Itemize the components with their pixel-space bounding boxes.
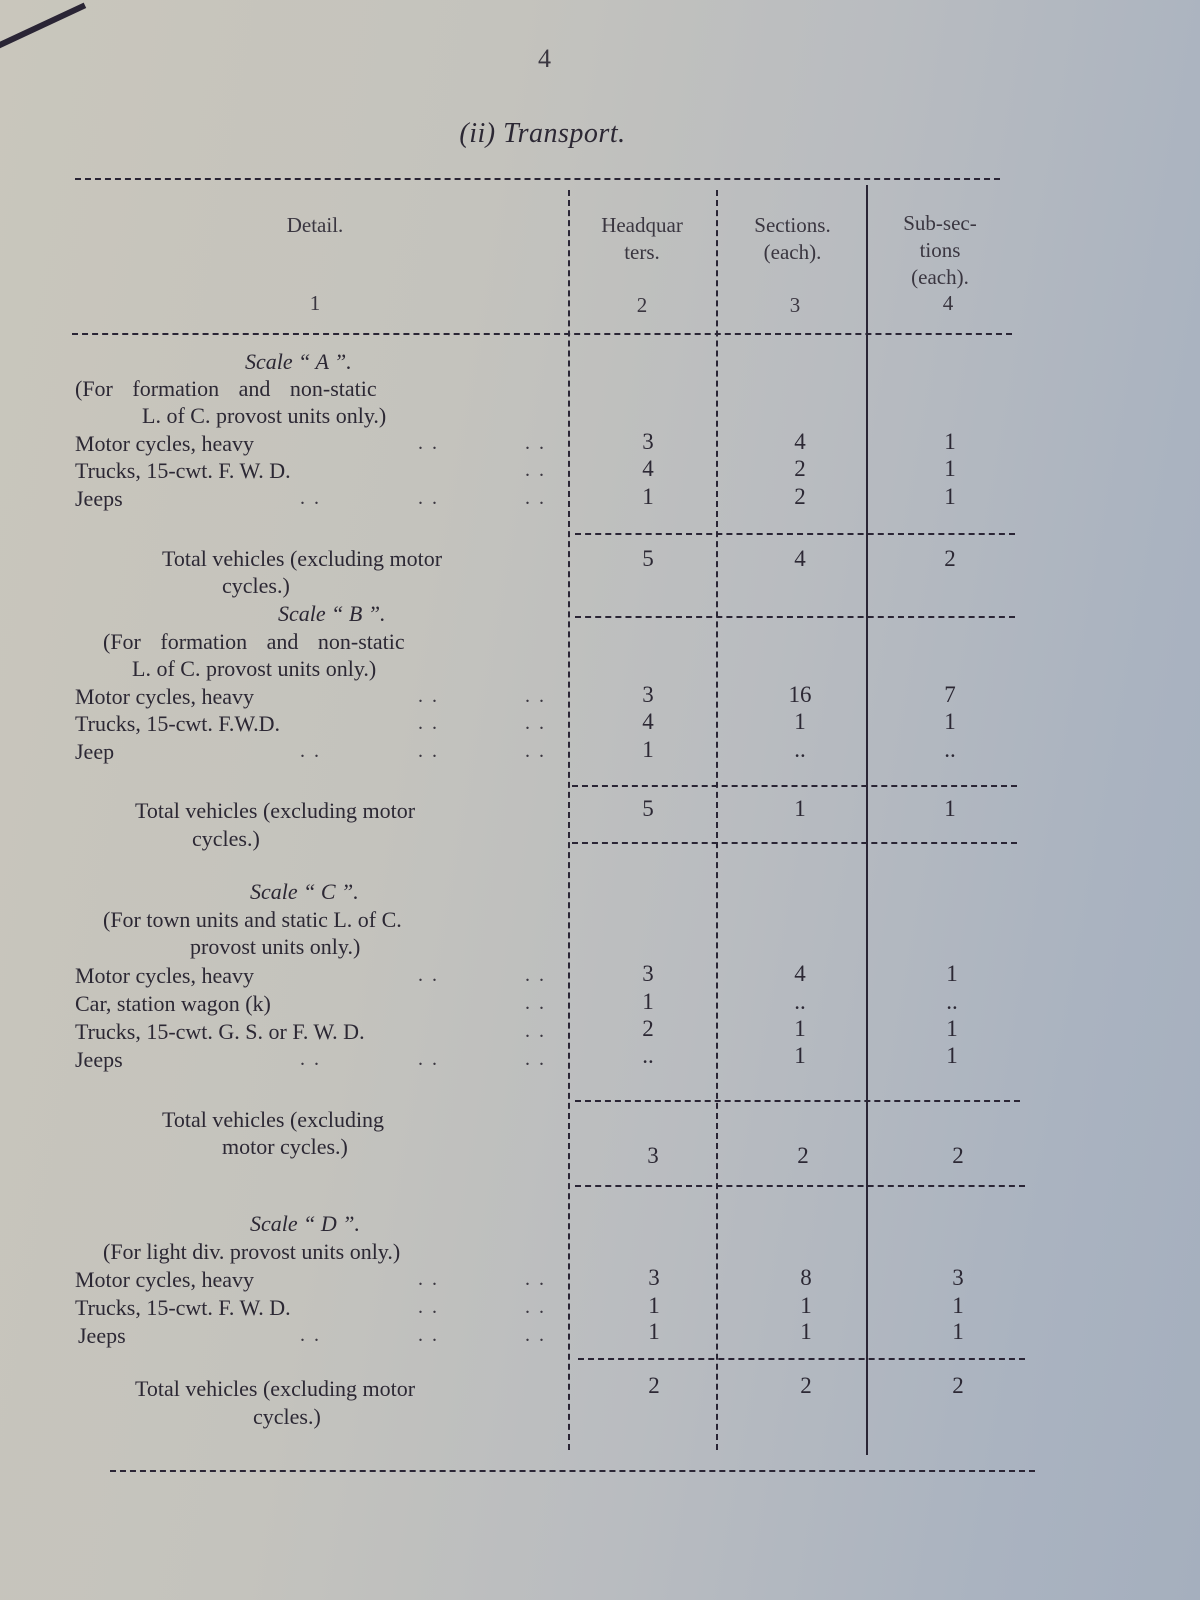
- scale-b-top-rule: [575, 616, 1015, 618]
- leader-dots: . .: [525, 738, 546, 765]
- scale-b-row-detail: Motor cycles, heavy: [75, 683, 254, 710]
- leader-dots: . .: [525, 1046, 546, 1073]
- scale-c-row-detail: Jeeps: [75, 1046, 123, 1073]
- page-number: 4: [538, 44, 551, 74]
- leader-dots: . .: [418, 485, 439, 512]
- leader-dots: . .: [525, 710, 546, 737]
- scale-b-title: Scale “ B ”.: [278, 600, 386, 627]
- leader-dots: . .: [525, 485, 546, 512]
- scale-c-note-line-2: provost units only.): [190, 933, 360, 960]
- column-divider-3: [866, 185, 868, 1455]
- scale-a-total-cell: 4: [780, 545, 820, 572]
- column-header-subsections: Sub-sec- tions (each).: [870, 210, 1010, 291]
- leader-dots: . .: [525, 962, 546, 989]
- scale-b-total-rule: [572, 785, 1017, 787]
- scale-d-title: Scale “ D ”.: [250, 1210, 360, 1237]
- scale-b-bottom-rule: [572, 842, 1017, 844]
- page-corner-shadow: [0, 0, 86, 59]
- scale-c-bottom-rule: [575, 1185, 1025, 1187]
- scale-d-total-label-2: cycles.): [253, 1403, 321, 1430]
- leader-dots: . .: [418, 1046, 439, 1073]
- scale-a-cell: 4: [628, 455, 668, 482]
- leader-dots: . .: [525, 1322, 546, 1349]
- scale-b-cell: 3: [628, 681, 668, 708]
- scale-c-row-detail: Trucks, 15-cwt. G. S. or F. W. D.: [75, 1018, 365, 1045]
- scale-b-cell: ..: [780, 736, 820, 763]
- scale-a-row-detail: Trucks, 15-cwt. F. W. D.: [75, 457, 291, 484]
- scale-c-cell: 4: [780, 960, 820, 987]
- scale-c-total-label-1: Total vehicles (excluding: [162, 1106, 384, 1133]
- scale-b-cell: ..: [930, 736, 970, 763]
- leader-dots: . .: [525, 1018, 546, 1045]
- leader-dots: . .: [300, 485, 321, 512]
- scale-a-total-label-1: Total vehicles (excluding motor: [162, 545, 442, 572]
- scale-a-cell: 2: [780, 483, 820, 510]
- table-top-rule: [75, 178, 1000, 180]
- scale-c-cell: 2: [628, 1015, 668, 1042]
- leader-dots: . .: [525, 683, 546, 710]
- scale-c-note-line-1: (For town units and static L. of C.: [103, 906, 402, 933]
- scale-c-title: Scale “ C ”.: [250, 878, 359, 905]
- leader-dots: . .: [418, 1322, 439, 1349]
- scale-d-total-cell: 2: [938, 1372, 978, 1399]
- scale-d-cell: 3: [938, 1264, 978, 1291]
- scale-a-note-line-2: L. of C. provost units only.): [142, 402, 386, 429]
- scale-b-cell: 4: [628, 708, 668, 735]
- scale-c-cell: ..: [628, 1042, 668, 1069]
- scale-d-row-detail: Motor cycles, heavy: [75, 1266, 254, 1293]
- scale-a-cell: 2: [780, 455, 820, 482]
- scale-d-cell: 1: [634, 1318, 674, 1345]
- leader-dots: . .: [525, 430, 546, 457]
- leader-dots: . .: [418, 1266, 439, 1293]
- scale-a-cell: 1: [628, 483, 668, 510]
- scale-a-total-cell: 5: [628, 545, 668, 572]
- scale-d-cell: 1: [938, 1292, 978, 1319]
- column-header-sections: Sections. (each).: [720, 212, 865, 266]
- scale-d-cell: 1: [634, 1292, 674, 1319]
- leader-dots: . .: [300, 1046, 321, 1073]
- scale-d-row-detail: Trucks, 15-cwt. F. W. D.: [75, 1294, 291, 1321]
- leader-dots: . .: [418, 430, 439, 457]
- leader-dots: . .: [525, 457, 546, 484]
- column-header-detail: Detail.: [200, 212, 430, 239]
- scale-d-row-detail: Jeeps: [78, 1322, 126, 1349]
- scale-b-cell: 1: [930, 708, 970, 735]
- scale-b-note-line-2: L. of C. provost units only.): [132, 655, 376, 682]
- scale-b-total-cell: 1: [930, 795, 970, 822]
- scale-a-cell: 3: [628, 428, 668, 455]
- scale-c-cell: 1: [932, 960, 972, 987]
- scale-b-cell: 7: [930, 681, 970, 708]
- scale-c-cell: 1: [780, 1042, 820, 1069]
- scale-c-cell: 3: [628, 960, 668, 987]
- scale-d-cell: 8: [786, 1264, 826, 1291]
- scale-c-cell: ..: [780, 988, 820, 1015]
- scale-a-cell: 1: [930, 483, 970, 510]
- leader-dots: . .: [418, 1294, 439, 1321]
- scale-b-note-line-1: (For formation and non-static: [103, 628, 405, 655]
- leader-dots: . .: [525, 1266, 546, 1293]
- leader-dots: . .: [418, 683, 439, 710]
- scale-c-total-cell: 2: [783, 1142, 823, 1169]
- scale-b-total-label-1: Total vehicles (excluding motor: [135, 797, 415, 824]
- scale-a-note-line-1: (For formation and non-static: [75, 375, 377, 402]
- scale-c-total-rule: [575, 1100, 1020, 1102]
- scale-a-title: Scale “ A ”.: [245, 348, 352, 375]
- scale-c-row-detail: Motor cycles, heavy: [75, 962, 254, 989]
- scale-c-total-cell: 2: [938, 1142, 978, 1169]
- scale-d-total-cell: 2: [634, 1372, 674, 1399]
- column-divider-2: [716, 190, 718, 1450]
- scale-d-cell: 1: [938, 1318, 978, 1345]
- column-number-1: 1: [285, 290, 345, 317]
- leader-dots: . .: [300, 1322, 321, 1349]
- scale-d-total-cell: 2: [786, 1372, 826, 1399]
- leader-dots: . .: [525, 990, 546, 1017]
- leader-dots: . .: [418, 738, 439, 765]
- scale-d-total-label-1: Total vehicles (excluding motor: [135, 1375, 415, 1402]
- column-number-4: 4: [918, 290, 978, 317]
- leader-dots: . .: [300, 738, 321, 765]
- leader-dots: . .: [525, 1294, 546, 1321]
- scale-c-row-detail: Car, station wagon (k): [75, 990, 271, 1017]
- scale-c-cell: 1: [932, 1042, 972, 1069]
- scale-b-total-cell: 1: [780, 795, 820, 822]
- scale-b-cell: 16: [780, 681, 820, 708]
- scale-d-cell: 1: [786, 1292, 826, 1319]
- scale-d-total-rule: [578, 1358, 1025, 1360]
- scale-c-cell: ..: [932, 988, 972, 1015]
- scale-a-total-cell: 2: [930, 545, 970, 572]
- scale-c-total-cell: 3: [633, 1142, 673, 1169]
- leader-dots: . .: [418, 710, 439, 737]
- leader-dots: . .: [418, 962, 439, 989]
- scale-c-cell: 1: [932, 1015, 972, 1042]
- column-number-3: 3: [765, 292, 825, 319]
- table-bottom-rule: [110, 1470, 1035, 1472]
- scale-a-total-rule: [575, 533, 1015, 535]
- column-divider-1: [568, 190, 570, 1450]
- scale-b-row-detail: Jeep: [75, 738, 114, 765]
- scale-b-total-label-2: cycles.): [192, 825, 260, 852]
- scale-a-row-detail: Motor cycles, heavy: [75, 430, 254, 457]
- scale-b-cell: 1: [628, 736, 668, 763]
- column-number-2: 2: [612, 292, 672, 319]
- scale-a-cell: 4: [780, 428, 820, 455]
- scale-c-total-label-2: motor cycles.): [222, 1133, 348, 1160]
- scale-c-cell: 1: [628, 988, 668, 1015]
- header-bottom-rule: [72, 333, 1012, 335]
- scale-b-cell: 1: [780, 708, 820, 735]
- scale-b-row-detail: Trucks, 15-cwt. F.W.D.: [75, 710, 280, 737]
- scale-a-total-label-2: cycles.): [222, 572, 290, 599]
- scale-a-cell: 1: [930, 428, 970, 455]
- scale-d-note-line-1: (For light div. provost units only.): [103, 1238, 400, 1265]
- section-title: (ii) Transport.: [0, 118, 1085, 150]
- scale-d-cell: 1: [786, 1318, 826, 1345]
- column-header-headquarters: Headquar ters.: [572, 212, 712, 266]
- scale-a-cell: 1: [930, 455, 970, 482]
- scale-a-row-detail: Jeeps: [75, 485, 123, 512]
- scale-c-cell: 1: [780, 1015, 820, 1042]
- scale-b-total-cell: 5: [628, 795, 668, 822]
- scale-d-cell: 3: [634, 1264, 674, 1291]
